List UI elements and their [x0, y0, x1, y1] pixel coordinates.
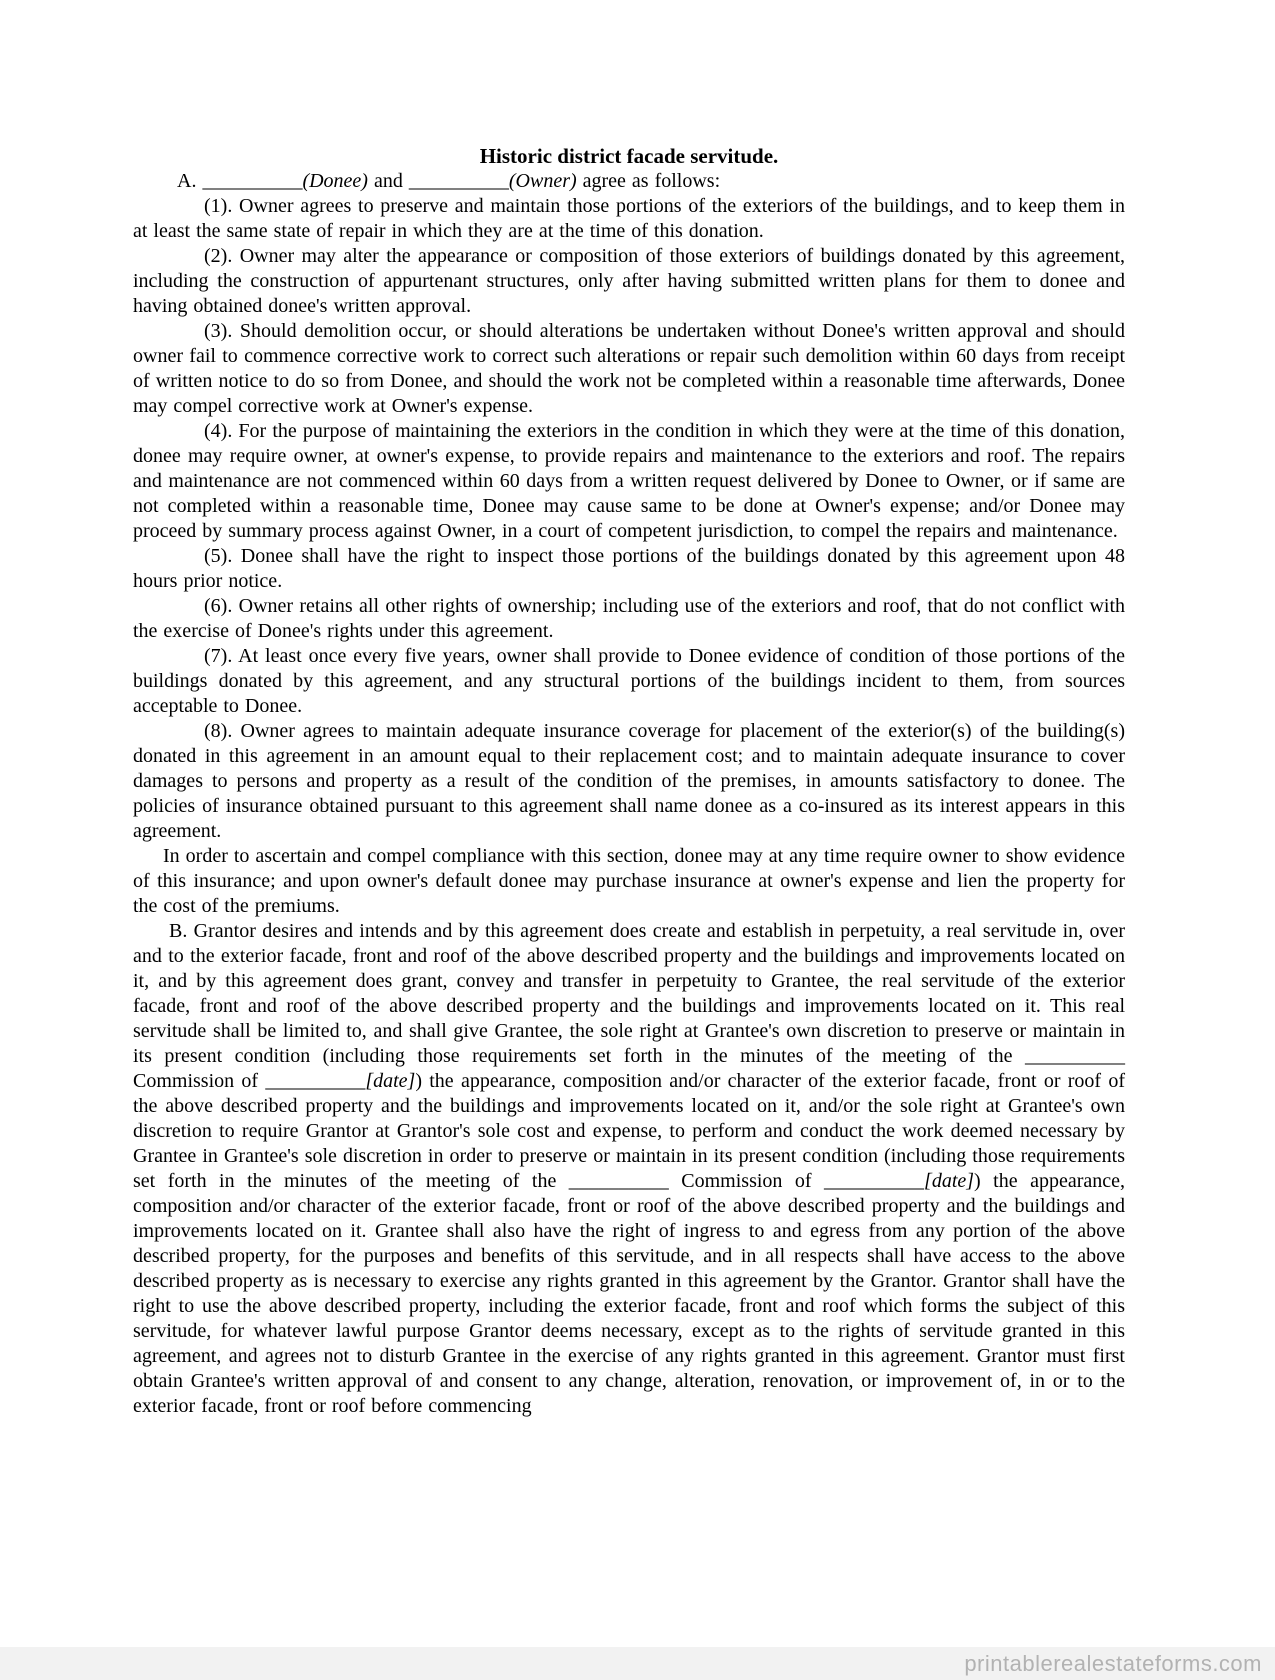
donee-blank: __________: [202, 170, 302, 192]
insurance-compliance-paragraph: In order to ascertain and compel complia…: [133, 844, 1125, 919]
section-b-part3: ) the appearance, composition and/or cha…: [133, 1170, 1125, 1417]
clause-6: (6). Owner retains all other rights of o…: [133, 594, 1125, 644]
party-agreement-line: A. __________(Donee) and __________(Owne…: [133, 169, 1125, 194]
clause-7: (7). At least once every five years, own…: [133, 644, 1125, 719]
clause-8: (8). Owner agrees to maintain adequate i…: [133, 719, 1125, 844]
party-tail: agree as follows:: [577, 170, 721, 192]
document-sheet: Historic district facade servitude. A. _…: [0, 0, 1275, 1419]
section-b-part1: B. Grantor desires and intends and by th…: [133, 920, 1125, 1092]
party-lead: A.: [177, 170, 202, 192]
document-title: Historic district facade servitude.: [133, 144, 1125, 169]
clause-3: (3). Should demolition occur, or should …: [133, 319, 1125, 419]
clause-4: (4). For the purpose of maintaining the …: [133, 419, 1125, 544]
clause-1: (1). Owner agrees to preserve and mainta…: [133, 194, 1125, 244]
clause-2: (2). Owner may alter the appearance or c…: [133, 244, 1125, 319]
footer-bar: printablerealestateforms.com: [0, 1647, 1275, 1680]
clause-5: (5). Donee shall have the right to inspe…: [133, 544, 1125, 594]
donee-label: (Donee): [302, 170, 368, 192]
owner-label: (Owner): [509, 170, 577, 192]
site-watermark: printablerealestateforms.com: [964, 1651, 1262, 1676]
section-b-paragraph: B. Grantor desires and intends and by th…: [133, 919, 1125, 1419]
date-placeholder-2: [date]: [924, 1170, 974, 1192]
owner-blank: __________: [409, 170, 509, 192]
party-conjunction: and: [368, 170, 409, 192]
date-placeholder-1: [date]: [365, 1070, 415, 1092]
document-page: Historic district facade servitude. A. _…: [0, 0, 1275, 1680]
